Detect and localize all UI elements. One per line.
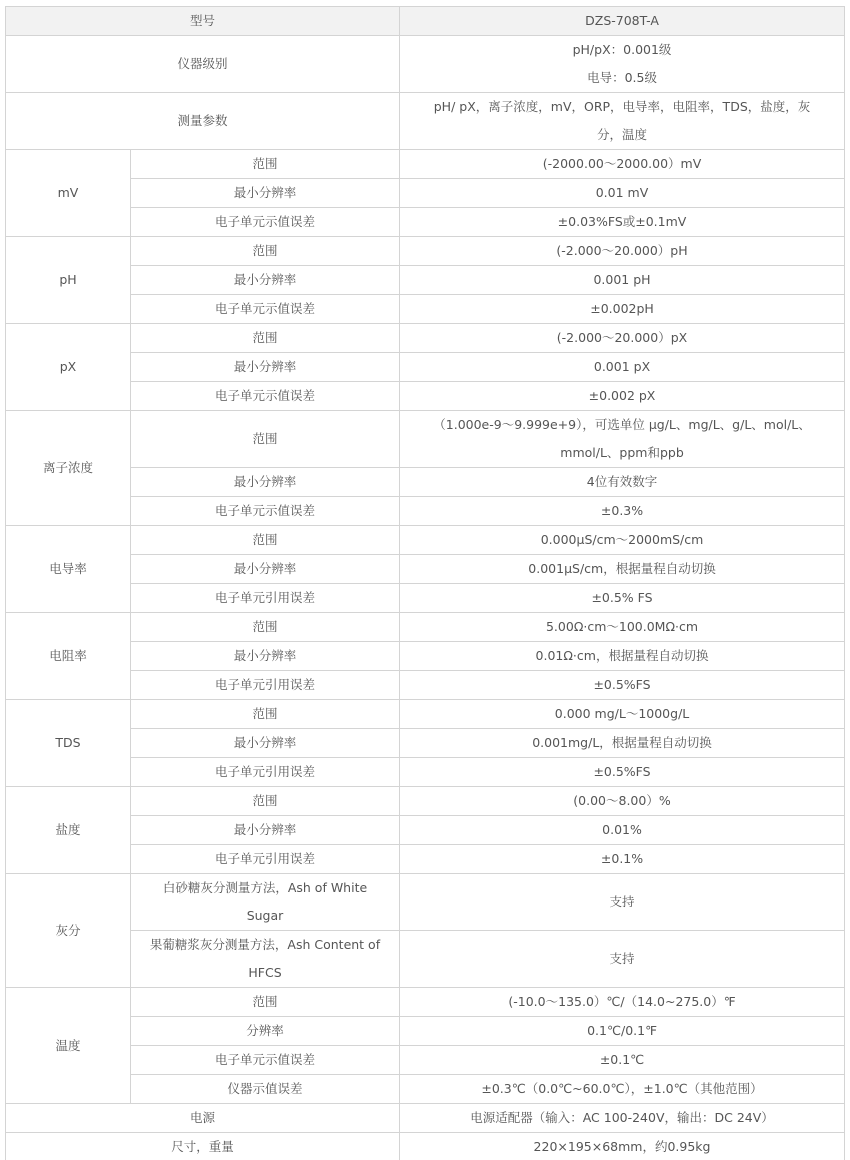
- table-row: pX范围(-2.000～20.000）pX: [6, 324, 845, 353]
- item-value: 0.001mg/L，根据量程自动切换: [400, 729, 845, 758]
- table-row: 电子单元示值误差±0.002pH: [6, 295, 845, 324]
- params-label: 测量参数: [6, 93, 400, 150]
- item-value: ±0.5%FS: [400, 758, 845, 787]
- table-row: 灰分白砂糖灰分测量方法，Ash of WhiteSugar支持: [6, 874, 845, 931]
- grade-row: 仪器级别 pH/pX：0.001级 电导：0.5级: [6, 36, 845, 93]
- table-row: 电导率范围0.000µS/cm～2000mS/cm: [6, 526, 845, 555]
- spec-table: 型号 DZS-708T-A 仪器级别 pH/pX：0.001级 电导：0.5级 …: [5, 6, 845, 1160]
- item-value: ±0.5% FS: [400, 584, 845, 613]
- power-value: 电源适配器（输入：AC 100-240V，输出：DC 24V）: [400, 1104, 845, 1133]
- table-row: pH范围(-2.000～20.000）pH: [6, 237, 845, 266]
- group-label: 温度: [6, 988, 131, 1104]
- grade-line-2: 电导：0.5级: [406, 64, 838, 92]
- model-value: DZS-708T-A: [400, 7, 845, 36]
- group-label: pX: [6, 324, 131, 411]
- item-label: 范围: [131, 237, 400, 266]
- item-label-line: Sugar: [137, 902, 393, 930]
- table-row: 最小分辨率0.01 mV: [6, 179, 845, 208]
- params-line-2: 分，温度: [406, 121, 838, 149]
- group-label: 离子浓度: [6, 411, 131, 526]
- item-label: 最小分辨率: [131, 353, 400, 382]
- table-row: 最小分辨率0.01Ω·cm，根据量程自动切换: [6, 642, 845, 671]
- item-label: 电子单元示值误差: [131, 208, 400, 237]
- grade-value: pH/pX：0.001级 电导：0.5级: [400, 36, 845, 93]
- item-value: 4位有效数字: [400, 468, 845, 497]
- item-label: 电子单元引用误差: [131, 758, 400, 787]
- group-label: 盐度: [6, 787, 131, 874]
- item-label: 范围: [131, 988, 400, 1017]
- grade-label: 仪器级别: [6, 36, 400, 93]
- params-value: pH/ pX，离子浓度，mV，ORP，电导率，电阻率，TDS，盐度，灰 分，温度: [400, 93, 845, 150]
- table-header-row: 型号 DZS-708T-A: [6, 7, 845, 36]
- table-row: 电子单元示值误差±0.03%FS或±0.1mV: [6, 208, 845, 237]
- table-row: 最小分辨率0.001 pH: [6, 266, 845, 295]
- item-value: 0.1℃/0.1℉: [400, 1017, 845, 1046]
- item-label: 电子单元引用误差: [131, 584, 400, 613]
- item-value: ±0.002 pX: [400, 382, 845, 411]
- item-label: 最小分辨率: [131, 468, 400, 497]
- table-row: 最小分辨率0.001mg/L，根据量程自动切换: [6, 729, 845, 758]
- item-label: 范围: [131, 526, 400, 555]
- group-label: 灰分: [6, 874, 131, 988]
- item-label-line: 白砂糖灰分测量方法，Ash of White: [137, 874, 393, 902]
- item-value: ±0.002pH: [400, 295, 845, 324]
- item-value: 0.01 mV: [400, 179, 845, 208]
- model-label: 型号: [6, 7, 400, 36]
- item-value: 支持: [400, 874, 845, 931]
- group-label: 电导率: [6, 526, 131, 613]
- params-row: 测量参数 pH/ pX，离子浓度，mV，ORP，电导率，电阻率，TDS，盐度，灰…: [6, 93, 845, 150]
- table-row: 电子单元引用误差±0.5%FS: [6, 758, 845, 787]
- table-row: 电阻率范围5.00Ω·cm～100.0MΩ·cm: [6, 613, 845, 642]
- group-label: mV: [6, 150, 131, 237]
- item-value: ±0.5%FS: [400, 671, 845, 700]
- item-value: 0.01%: [400, 816, 845, 845]
- table-row: 电子单元引用误差±0.5%FS: [6, 671, 845, 700]
- table-row: 最小分辨率0.001 pX: [6, 353, 845, 382]
- item-value: 0.01Ω·cm，根据量程自动切换: [400, 642, 845, 671]
- item-label: 电子单元示值误差: [131, 497, 400, 526]
- table-row: mV范围(-2000.00～2000.00）mV: [6, 150, 845, 179]
- groups-body: mV范围(-2000.00～2000.00）mV最小分辨率0.01 mV电子单元…: [6, 150, 845, 1104]
- item-value-line: （1.000e-9～9.999e+9），可选单位 µg/L、mg/L、g/L、m…: [406, 411, 838, 439]
- size-label: 尺寸，重量: [6, 1133, 400, 1160]
- table-row: 电子单元示值误差±0.002 pX: [6, 382, 845, 411]
- item-value: (-10.0～135.0）℃/（14.0~275.0）℉: [400, 988, 845, 1017]
- item-value: ±0.1℃: [400, 1046, 845, 1075]
- table-row: 电子单元示值误差±0.1℃: [6, 1046, 845, 1075]
- item-value: ±0.3℃（0.0℃~60.0℃），±1.0℃（其他范围）: [400, 1075, 845, 1104]
- table-row: 最小分辨率0.001µS/cm，根据量程自动切换: [6, 555, 845, 584]
- item-label: 最小分辨率: [131, 266, 400, 295]
- params-line-1: pH/ pX，离子浓度，mV，ORP，电导率，电阻率，TDS，盐度，灰: [406, 93, 838, 121]
- item-label: 电子单元引用误差: [131, 845, 400, 874]
- table-row: 分辨率0.1℃/0.1℉: [6, 1017, 845, 1046]
- item-value: (-2.000～20.000）pH: [400, 237, 845, 266]
- item-value: ±0.3%: [400, 497, 845, 526]
- table-row: 电子单元引用误差±0.1%: [6, 845, 845, 874]
- table-row: TDS范围0.000 mg/L～1000g/L: [6, 700, 845, 729]
- item-label: 电子单元示值误差: [131, 382, 400, 411]
- power-row: 电源 电源适配器（输入：AC 100-240V，输出：DC 24V）: [6, 1104, 845, 1133]
- table-row: 最小分辨率4位有效数字: [6, 468, 845, 497]
- table-row: 盐度范围(0.00～8.00）%: [6, 787, 845, 816]
- size-row: 尺寸，重量 220×195×68mm，约0.95kg: [6, 1133, 845, 1160]
- item-label: 最小分辨率: [131, 729, 400, 758]
- item-label: 范围: [131, 150, 400, 179]
- item-value: 5.00Ω·cm～100.0MΩ·cm: [400, 613, 845, 642]
- item-label: 电子单元示值误差: [131, 295, 400, 324]
- item-value: ±0.03%FS或±0.1mV: [400, 208, 845, 237]
- table-row: 仪器示值误差±0.3℃（0.0℃~60.0℃），±1.0℃（其他范围）: [6, 1075, 845, 1104]
- item-value-line: mmol/L、ppm和ppb: [406, 439, 838, 467]
- table-row: 温度范围(-10.0～135.0）℃/（14.0~275.0）℉: [6, 988, 845, 1017]
- item-label: 分辨率: [131, 1017, 400, 1046]
- item-value: （1.000e-9～9.999e+9），可选单位 µg/L、mg/L、g/L、m…: [400, 411, 845, 468]
- group-label: TDS: [6, 700, 131, 787]
- group-label: pH: [6, 237, 131, 324]
- item-label: 果葡糖浆灰分测量方法，Ash Content ofHFCS: [131, 931, 400, 988]
- item-label: 范围: [131, 787, 400, 816]
- item-label: 最小分辨率: [131, 642, 400, 671]
- group-label: 电阻率: [6, 613, 131, 700]
- table-row: 电子单元示值误差±0.3%: [6, 497, 845, 526]
- item-value: 0.001 pH: [400, 266, 845, 295]
- item-label: 电子单元引用误差: [131, 671, 400, 700]
- item-label: 最小分辨率: [131, 555, 400, 584]
- item-value: (-2000.00～2000.00）mV: [400, 150, 845, 179]
- item-label: 电子单元示值误差: [131, 1046, 400, 1075]
- item-value: ±0.1%: [400, 845, 845, 874]
- item-value: 支持: [400, 931, 845, 988]
- table-row: 果葡糖浆灰分测量方法，Ash Content ofHFCS支持: [6, 931, 845, 988]
- power-label: 电源: [6, 1104, 400, 1133]
- table-row: 电子单元引用误差±0.5% FS: [6, 584, 845, 613]
- item-value: 0.001µS/cm，根据量程自动切换: [400, 555, 845, 584]
- item-label-line: 果葡糖浆灰分测量方法，Ash Content of: [137, 931, 393, 959]
- item-label: 范围: [131, 324, 400, 353]
- item-label: 范围: [131, 613, 400, 642]
- item-label: 白砂糖灰分测量方法，Ash of WhiteSugar: [131, 874, 400, 931]
- size-value: 220×195×68mm，约0.95kg: [400, 1133, 845, 1160]
- item-label: 范围: [131, 411, 400, 468]
- item-value: (0.00～8.00）%: [400, 787, 845, 816]
- item-value: 0.001 pX: [400, 353, 845, 382]
- table-row: 最小分辨率0.01%: [6, 816, 845, 845]
- item-label-line: HFCS: [137, 959, 393, 987]
- item-label: 范围: [131, 700, 400, 729]
- item-label: 最小分辨率: [131, 179, 400, 208]
- item-value: 0.000 mg/L～1000g/L: [400, 700, 845, 729]
- item-value: (-2.000～20.000）pX: [400, 324, 845, 353]
- item-label: 仪器示值误差: [131, 1075, 400, 1104]
- table-row: 离子浓度范围（1.000e-9～9.999e+9），可选单位 µg/L、mg/L…: [6, 411, 845, 468]
- item-value: 0.000µS/cm～2000mS/cm: [400, 526, 845, 555]
- grade-line-1: pH/pX：0.001级: [406, 36, 838, 64]
- item-label: 最小分辨率: [131, 816, 400, 845]
